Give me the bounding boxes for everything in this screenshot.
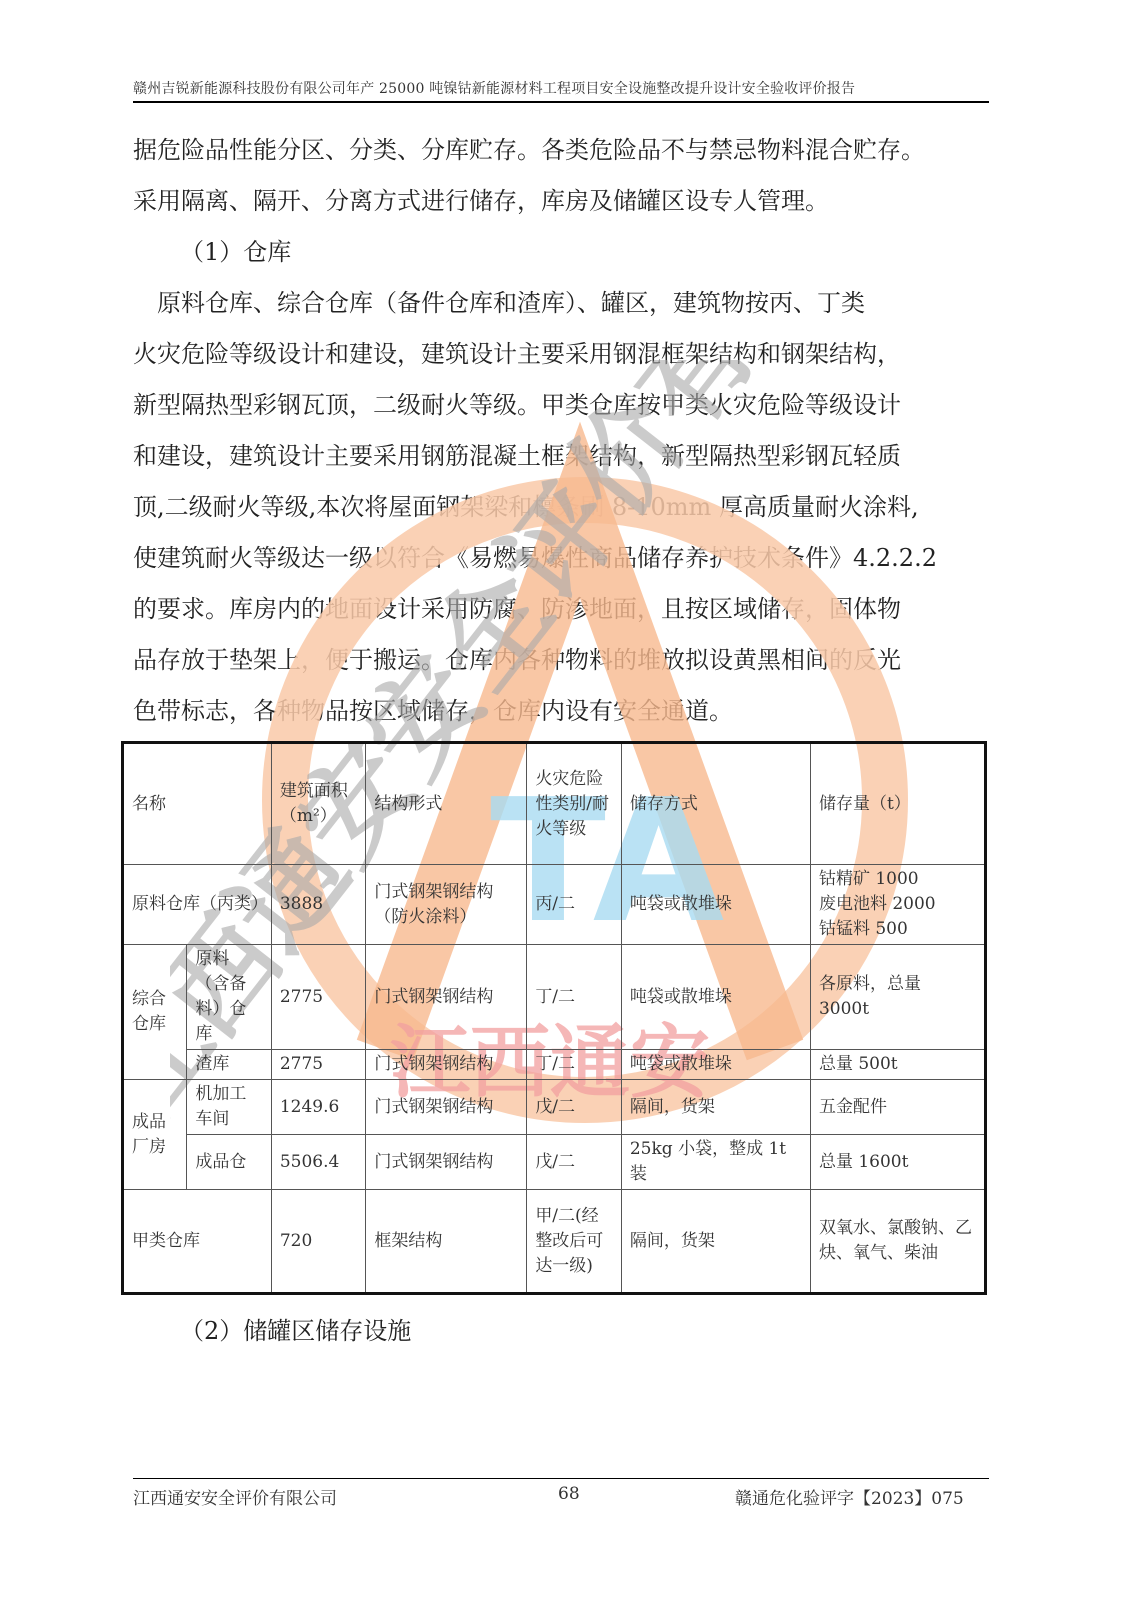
cell-storage-method: 隔间，货架 [621,1190,810,1294]
paragraph-line: 原料仓库、综合仓库（备件仓库和渣库）、罐区，建筑物按丙、丁类 [133,278,989,329]
cell-storage-method: 吨袋或散堆垛 [621,865,810,945]
amount-line: 钴精矿 1000 [819,867,976,892]
header-name: 名称 [123,743,272,865]
table-row: 甲类仓库 720 框架结构 甲/二(经整改后可达一级) 隔间，货架 双氧水、氯酸… [123,1190,986,1294]
cell-area: 2775 [271,1050,366,1080]
cell-storage-amount: 五金配件 [810,1080,985,1135]
table-row: 综合仓库 原料（含备料）仓库 2775 门式钢架钢结构 丁/二 吨袋或散堆垛 各… [123,945,986,1050]
header-fire-class: 火灾危险性类别/耐火等级 [527,743,622,865]
header-storage-method: 储存方式 [621,743,810,865]
cell-structure: 门式钢架钢结构 [366,1135,527,1190]
doc-number: 赣通危化验评字【2023】075 [735,1484,964,1509]
cell-storage-amount: 各原料，总量 3000t [810,945,985,1050]
section-heading-tank-area: （2）储罐区储存设施 [180,1306,1036,1357]
intro-line-2: 采用隔离、隔开、分离方式进行储存，库房及储罐区设专人管理。 [133,176,989,227]
cell-sub: 渣库 [187,1050,271,1080]
cell-fire-class: 丙/二 [527,865,622,945]
page-number: 68 [558,1484,580,1504]
table-row: 渣库 2775 门式钢架钢结构 丁/二 吨袋或散堆垛 总量 500t [123,1050,986,1080]
cell-fire-class: 丁/二 [527,1050,622,1080]
cell-structure: 框架结构 [366,1190,527,1294]
paragraph-line: 色带标志，各种物品按区域储存，仓库内设有安全通道。 [133,686,989,737]
cell-area: 5506.4 [271,1135,366,1190]
paragraph-line: 新型隔热型彩钢瓦顶，二级耐火等级。甲类仓库按甲类火灾危险等级设计 [133,380,989,431]
paragraph-line: 和建设，建筑设计主要采用钢筋混凝土框架结构，新型隔热型彩钢瓦轻质 [133,431,989,482]
footer-company: 江西通安安全评价有限公司 [133,1484,337,1509]
cell-structure: 门式钢架钢结构（防火涂料） [366,865,527,945]
amount-line: 废电池料 2000 [819,892,976,917]
paragraph-line: 使建筑耐火等级达一级以符合《易燃易爆性商品储存养护技术条件》4.2.2.2 [133,533,989,584]
cell-fire-class: 甲/二(经整改后可达一级) [527,1190,622,1294]
section-heading-warehouse: （1）仓库 [180,227,1036,278]
cell-group: 综合仓库 [123,945,187,1080]
cell-area: 3888 [271,865,366,945]
table-header-row: 名称 建筑面积（m²） 结构形式 火灾危险性类别/耐火等级 储存方式 储存量（t… [123,743,986,865]
header-storage-amount: 储存量（t） [810,743,985,865]
paragraph-line: 火灾危险等级设计和建设，建筑设计主要采用钢混框架结构和钢架结构， [133,329,989,380]
cell-storage-amount: 双氧水、氯酸钠、乙炔、氧气、柴油 [810,1190,985,1294]
cell-structure: 门式钢架钢结构 [366,945,527,1050]
cell-area: 2775 [271,945,366,1050]
cell-sub: 成品仓 [187,1135,271,1190]
header-structure: 结构形式 [366,743,527,865]
cell-fire-class: 戊/二 [527,1080,622,1135]
paragraph-line: 的要求。库房内的地面设计采用防腐、防渗地面，且按区域储存，固体物 [133,584,989,635]
cell-name: 甲类仓库 [123,1190,272,1294]
cell-fire-class: 丁/二 [527,945,622,1050]
cell-storage-amount: 总量 1600t [810,1135,985,1190]
running-header: 赣州吉锐新能源科技股份有限公司年产 25000 吨镍钴新能源材料工程项目安全设施… [133,78,989,98]
paragraph-line: 品存放于垫架上，便于搬运。仓库内各种物料的堆放拟设黄黑相间的反光 [133,635,989,686]
amount-line: 钴锰料 500 [819,917,976,942]
cell-storage-method: 隔间，货架 [621,1080,810,1135]
cell-sub: 原料（含备料）仓库 [187,945,271,1050]
cell-group: 成品厂房 [123,1080,187,1190]
cell-storage-amount: 总量 500t [810,1050,985,1080]
header-area: 建筑面积（m²） [271,743,366,865]
warehouse-table: 名称 建筑面积（m²） 结构形式 火灾危险性类别/耐火等级 储存方式 储存量（t… [121,741,987,1295]
cell-name: 原料仓库（丙类） [123,865,272,945]
cell-storage-amount: 钴精矿 1000 废电池料 2000 钴锰料 500 [810,865,985,945]
cell-structure: 门式钢架钢结构 [366,1050,527,1080]
cell-fire-class: 戊/二 [527,1135,622,1190]
table-row: 成品厂房 机加工车间 1249.6 门式钢架钢结构 戊/二 隔间，货架 五金配件 [123,1080,986,1135]
table-row: 成品仓 5506.4 门式钢架钢结构 戊/二 25kg 小袋，整成 1t 装 总… [123,1135,986,1190]
footer-divider [133,1478,989,1479]
cell-sub: 机加工车间 [187,1080,271,1135]
cell-structure: 门式钢架钢结构 [366,1080,527,1135]
cell-storage-method: 吨袋或散堆垛 [621,945,810,1050]
header-divider [133,101,989,103]
intro-line-1: 据危险品性能分区、分类、分库贮存。各类危险品不与禁忌物料混合贮存。 [133,125,989,176]
cell-storage-method: 吨袋或散堆垛 [621,1050,810,1080]
cell-storage-method: 25kg 小袋，整成 1t 装 [621,1135,810,1190]
cell-area: 1249.6 [271,1080,366,1135]
paragraph-line: 顶,二级耐火等级,本次将屋面钢架梁和檩条刷 8-10mm 厚高质量耐火涂料, [133,482,989,533]
table-row: 原料仓库（丙类） 3888 门式钢架钢结构（防火涂料） 丙/二 吨袋或散堆垛 钴… [123,865,986,945]
cell-area: 720 [271,1190,366,1294]
